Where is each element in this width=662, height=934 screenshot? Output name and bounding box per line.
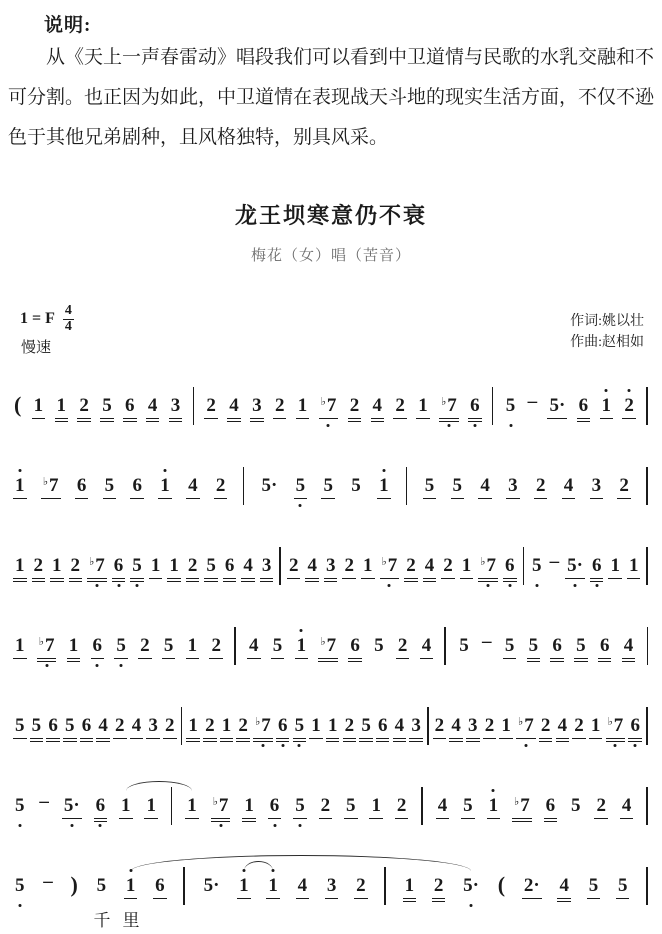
note-number: 4 xyxy=(131,716,143,735)
note: 3 xyxy=(410,716,422,736)
note: 6 xyxy=(591,556,603,576)
note: 2 xyxy=(433,876,445,896)
note-number: 1 xyxy=(628,556,640,575)
note-number: ♭7 xyxy=(513,796,531,815)
note-number: 1 xyxy=(243,796,255,815)
flat-icon: ♭ xyxy=(514,796,520,808)
key-time-signature: 1 = F 4 4 xyxy=(20,304,74,334)
duration-dash: – xyxy=(482,632,492,656)
note: 6 xyxy=(154,876,166,896)
note: 3 xyxy=(325,556,337,576)
note: 5 xyxy=(588,876,600,896)
note: 4 xyxy=(557,716,569,736)
note: 1 xyxy=(145,796,157,816)
note-number: 5 xyxy=(360,716,372,735)
note: 5 xyxy=(373,636,385,656)
octave-dot-below xyxy=(535,584,538,587)
note-number: 5 xyxy=(104,476,116,495)
flat-icon: ♭ xyxy=(480,556,486,568)
note-number: 3 xyxy=(147,716,159,735)
note: 1 xyxy=(310,716,322,736)
note: 3 xyxy=(467,716,479,736)
note: 2 xyxy=(164,716,176,736)
slur-arc xyxy=(131,855,471,871)
note: 1 xyxy=(500,716,512,736)
note: 2 xyxy=(78,396,90,416)
note-number: 3 xyxy=(410,716,422,735)
explanation-paragraph: 从《天上一声春雷动》唱段我们可以看到中卫道情与民歌的水乳交融和不可分割。也正因为… xyxy=(8,38,654,158)
note-number: 5 xyxy=(531,556,543,575)
note-number: 1 xyxy=(609,556,621,575)
note: 5· xyxy=(462,876,480,896)
note-number: ♭7 xyxy=(517,716,535,735)
note-number: 2 xyxy=(164,716,176,735)
note-number: 1 xyxy=(168,556,180,575)
note: 5 xyxy=(424,476,436,496)
note-number: 4 xyxy=(424,556,436,575)
note: 5 xyxy=(528,636,540,656)
octave-dot-below xyxy=(298,744,301,747)
note-number: 6 xyxy=(113,556,125,575)
note-number: ♭7 xyxy=(38,636,56,655)
note-number: 4 xyxy=(421,636,433,655)
note: 1 xyxy=(120,796,132,816)
note: 4 xyxy=(563,476,575,496)
note-number: 1 xyxy=(51,556,63,575)
note-number: 1 xyxy=(267,876,279,895)
note: 1 xyxy=(628,556,640,576)
octave-dot-below xyxy=(388,584,391,587)
note: 2 xyxy=(394,396,406,416)
note: 2 xyxy=(343,556,355,576)
note-number: 1 xyxy=(488,796,500,815)
note: 5 xyxy=(458,636,470,656)
note: 5 xyxy=(101,396,113,416)
barline xyxy=(646,467,648,505)
octave-dot-below xyxy=(136,584,139,587)
note-number: 6 xyxy=(131,476,143,495)
note: 5 xyxy=(272,636,284,656)
note: 6 xyxy=(469,396,481,416)
note: 5 xyxy=(104,476,116,496)
note: 1 xyxy=(243,796,255,816)
octave-dot-below xyxy=(18,824,21,827)
lyric-syllable: 里 xyxy=(123,906,140,931)
note-number: 5 xyxy=(505,396,517,415)
note: ♭7 xyxy=(42,476,60,496)
octave-dot-above xyxy=(164,469,167,472)
note: 5 xyxy=(322,476,334,496)
note-number: 2 xyxy=(618,476,630,495)
note-number: 6 xyxy=(545,796,557,815)
note: 3 xyxy=(147,716,159,736)
note-number: 2· xyxy=(523,876,541,895)
flat-icon: ♭ xyxy=(518,716,524,728)
note-number: 2 xyxy=(535,476,547,495)
tempo-marking: 慢速 xyxy=(21,336,51,357)
note: 6 xyxy=(269,796,281,816)
octave-dot-below xyxy=(261,744,264,747)
note-number: 2 xyxy=(187,556,199,575)
flat-icon: ♭ xyxy=(39,636,45,648)
note-number: 6 xyxy=(277,716,289,735)
note-number: 1 xyxy=(159,476,171,495)
flat-icon: ♭ xyxy=(43,476,49,488)
note-number: 6 xyxy=(81,716,93,735)
note: 1 xyxy=(370,796,382,816)
octave-dot-above xyxy=(492,789,495,792)
note-number: 5· xyxy=(462,876,480,895)
note: 4 xyxy=(450,716,462,736)
note-number: 5 xyxy=(528,636,540,655)
octave-dot-below xyxy=(447,424,450,427)
note-number: 4 xyxy=(187,476,199,495)
note-number: 2 xyxy=(70,556,82,575)
note-number: 6 xyxy=(76,476,88,495)
note: 5 xyxy=(345,796,357,816)
note: 2 xyxy=(33,556,45,576)
flat-icon: ♭ xyxy=(382,556,388,568)
note: 4 xyxy=(372,396,384,416)
note-number: 5 xyxy=(205,556,217,575)
note: 6 xyxy=(349,636,361,656)
note-number: 5 xyxy=(272,636,284,655)
note: 1 xyxy=(187,636,199,656)
note-number: ♭7 xyxy=(440,396,458,415)
note-number: 3 xyxy=(325,556,337,575)
note: 4 xyxy=(306,556,318,576)
note: 5 xyxy=(360,716,372,736)
note-number: 1 xyxy=(461,556,473,575)
note-number: 5 xyxy=(458,636,470,655)
note-number: 2 xyxy=(210,636,222,655)
note-number: 5 xyxy=(64,716,76,735)
note: 1 xyxy=(14,556,26,576)
note: 5 xyxy=(14,876,26,896)
note: 6 xyxy=(629,716,641,736)
note-number: 5 xyxy=(14,796,26,815)
score-line: 1♭76561425·555155432432 xyxy=(14,452,648,496)
note-number: ♭7 xyxy=(607,716,625,735)
note: 5 xyxy=(64,716,76,736)
octave-dot-below xyxy=(117,584,120,587)
note-number: 4 xyxy=(306,556,318,575)
note: 1 xyxy=(186,796,198,816)
note-number: 2 xyxy=(540,716,552,735)
note: ♭7 xyxy=(319,636,337,656)
note: ♭7 xyxy=(517,716,535,736)
note: ♭7 xyxy=(440,396,458,416)
note: 4 xyxy=(621,796,633,816)
note-number: 6 xyxy=(269,796,281,815)
note: 2 xyxy=(215,476,227,496)
note-number: 1 xyxy=(601,396,613,415)
note: 2 xyxy=(442,556,454,576)
note: 1 xyxy=(238,876,250,896)
note: 5· xyxy=(548,396,566,416)
note: 4 xyxy=(242,556,254,576)
note: 2 xyxy=(344,716,356,736)
note-number: 2 xyxy=(397,636,409,655)
note: 5 xyxy=(617,876,629,896)
note-number: ♭7 xyxy=(479,556,497,575)
note: 5 xyxy=(504,636,516,656)
octave-dot-below xyxy=(524,744,527,747)
barline xyxy=(171,787,173,825)
octave-dot-below xyxy=(120,664,123,667)
note-number: 2 xyxy=(33,556,45,575)
note-number: 3 xyxy=(170,396,182,415)
sheet-music-page: 说明: 从《天上一声春雷动》唱段我们可以看到中卫道情与民歌的水乳交融和不可分割。… xyxy=(0,0,662,934)
note: ♭7 xyxy=(88,556,106,576)
octave-dot-above xyxy=(300,629,303,632)
note: 2 xyxy=(187,556,199,576)
note-number: 1 xyxy=(238,876,250,895)
open-paren: ( xyxy=(498,874,505,896)
barline xyxy=(183,867,185,905)
note-number: 4 xyxy=(242,556,254,575)
note: 3 xyxy=(326,876,338,896)
note: 5 xyxy=(131,556,143,576)
note-number: 5 xyxy=(14,716,26,735)
octave-dot-below xyxy=(18,904,21,907)
note: 5 xyxy=(452,476,464,496)
note-number: 2 xyxy=(288,556,300,575)
note-number: 3 xyxy=(261,556,273,575)
barline xyxy=(444,627,446,665)
octave-dot-below xyxy=(595,584,598,587)
note: 2 xyxy=(139,636,151,656)
note: 5 xyxy=(505,396,517,416)
note-number: 1 xyxy=(370,796,382,815)
note-number: 2 xyxy=(320,796,332,815)
octave-dot-below xyxy=(96,664,99,667)
note: 6 xyxy=(47,716,59,736)
note: 3 xyxy=(591,476,603,496)
time-signature-numerator: 4 xyxy=(63,304,74,320)
note-number: 2 xyxy=(623,396,635,415)
note: 2 xyxy=(210,636,222,656)
note-number: 5· xyxy=(203,876,221,895)
note: 2 xyxy=(320,796,332,816)
octave-dot-above xyxy=(18,469,21,472)
note: 4 xyxy=(437,796,449,816)
note: 4 xyxy=(147,396,159,416)
note-number: 2 xyxy=(394,396,406,415)
note-number: 2 xyxy=(215,476,227,495)
octave-dot-below xyxy=(273,824,276,827)
note: 2 xyxy=(397,636,409,656)
note: ♭7 xyxy=(513,796,531,816)
note: 3 xyxy=(170,396,182,416)
note: 5· xyxy=(63,796,81,816)
note-number: 6 xyxy=(377,716,389,735)
note-number: 2 xyxy=(237,716,249,735)
note: 1 xyxy=(51,556,63,576)
note: ♭7 xyxy=(212,796,230,816)
note: 1 xyxy=(378,476,390,496)
octave-dot-below xyxy=(574,584,577,587)
note-number: 2 xyxy=(78,396,90,415)
explanation-heading: 说明: xyxy=(44,10,91,37)
note-number: 4 xyxy=(563,476,575,495)
note: 1 xyxy=(125,876,137,896)
note-number: 3 xyxy=(507,476,519,495)
note-number: 4 xyxy=(557,716,569,735)
note: 2 xyxy=(205,396,217,416)
note: ♭7 xyxy=(254,716,272,736)
note: 6 xyxy=(92,636,104,656)
barline xyxy=(279,547,281,585)
note: 1 xyxy=(267,876,279,896)
note-number: 5 xyxy=(101,396,113,415)
flat-icon: ♭ xyxy=(441,396,447,408)
note: 2 xyxy=(355,876,367,896)
note-number: 1 xyxy=(33,396,45,415)
duration-dash: – xyxy=(550,552,560,576)
score-line: (112564324321♭72421♭765–5·612 xyxy=(14,372,648,416)
note: 6 xyxy=(81,716,93,736)
note: 5 xyxy=(31,716,43,736)
note-number: 5· xyxy=(566,556,584,575)
open-paren: ( xyxy=(14,394,21,416)
note-number: 4 xyxy=(623,636,635,655)
note: 1 xyxy=(488,796,500,816)
barline xyxy=(193,387,195,425)
note: 2 xyxy=(618,476,630,496)
note-number: 4 xyxy=(97,716,109,735)
note-number: 5 xyxy=(424,476,436,495)
note: ♭7 xyxy=(607,716,625,736)
octave-dot-below xyxy=(45,664,48,667)
note-number: 1 xyxy=(68,636,80,655)
note: 1 xyxy=(187,716,199,736)
note-number: 5 xyxy=(504,636,516,655)
note-number: 1 xyxy=(125,876,137,895)
score: (112564324321♭72421♭765–5·6121♭76561425·… xyxy=(14,372,648,932)
song-subtitle: 梅花（女）唱（苦音） xyxy=(0,244,662,265)
note: 5 xyxy=(294,796,306,816)
note: 4 xyxy=(297,876,309,896)
barline xyxy=(646,867,648,905)
note: 4 xyxy=(558,876,570,896)
octave-dot-below xyxy=(470,904,473,907)
note: 2 xyxy=(114,716,126,736)
note-number: 1 xyxy=(310,716,322,735)
note-number: 2 xyxy=(205,396,217,415)
note: ♭7 xyxy=(38,636,56,656)
note-number: 6 xyxy=(591,556,603,575)
note-number: 4 xyxy=(437,796,449,815)
octave-dot-below xyxy=(99,824,102,827)
note: 5 xyxy=(294,716,306,736)
barline xyxy=(646,387,648,425)
note: 4 xyxy=(248,636,260,656)
note: 2 xyxy=(595,796,607,816)
barline xyxy=(421,787,423,825)
note: 6 xyxy=(95,796,107,816)
barline xyxy=(646,787,648,825)
note-number: 2 xyxy=(114,716,126,735)
flat-icon: ♭ xyxy=(320,636,326,648)
note: 6 xyxy=(504,556,516,576)
note-number: 2 xyxy=(204,716,216,735)
note-number: 6 xyxy=(469,396,481,415)
note: 6 xyxy=(545,796,557,816)
note-number: 2 xyxy=(573,716,585,735)
octave-dot-below xyxy=(70,824,73,827)
octave-dot-below xyxy=(634,744,637,747)
note: 4 xyxy=(623,636,635,656)
note: 1 xyxy=(150,556,162,576)
note-number: 6 xyxy=(349,636,361,655)
note-number: 4 xyxy=(558,876,570,895)
octave-dot-below xyxy=(298,824,301,827)
note-number: 5· xyxy=(261,476,279,495)
note-number: ♭7 xyxy=(320,396,338,415)
note-number: 3 xyxy=(467,716,479,735)
note-number: 2 xyxy=(595,796,607,815)
note-number: 6 xyxy=(47,716,59,735)
note-number: 6 xyxy=(124,396,136,415)
note-number: 6 xyxy=(551,636,563,655)
note-number: 1 xyxy=(404,876,416,895)
note-number: 5 xyxy=(295,476,307,495)
note: 2 xyxy=(288,556,300,576)
note-number: 2 xyxy=(434,716,446,735)
note: 5 xyxy=(462,796,474,816)
note: 2 xyxy=(535,476,547,496)
barline xyxy=(181,707,183,745)
note-number: 5 xyxy=(617,876,629,895)
note: 5 xyxy=(575,636,587,656)
duration-dash: – xyxy=(39,792,49,816)
note-number: 1 xyxy=(378,476,390,495)
note: 5 xyxy=(14,796,26,816)
note: 5 xyxy=(570,796,582,816)
note-number: ♭7 xyxy=(381,556,399,575)
note-number: 3 xyxy=(591,476,603,495)
note-number: 5 xyxy=(350,476,362,495)
note: 6 xyxy=(76,476,88,496)
score-line: 1♭71652512451♭765245–556564 xyxy=(14,612,648,656)
note: 1 xyxy=(327,716,339,736)
note: 1 xyxy=(14,636,26,656)
note-number: 4 xyxy=(479,476,491,495)
barline xyxy=(234,627,236,665)
note: 2 xyxy=(204,716,216,736)
note-number: 1 xyxy=(14,636,26,655)
note-number: 5 xyxy=(163,636,175,655)
note: 1 xyxy=(461,556,473,576)
note-number: 5· xyxy=(548,396,566,415)
score-line: 5–5·6111♭71652512451♭76524 xyxy=(14,772,648,816)
lyricist-credit: 作词:姚以壮 xyxy=(570,311,644,332)
note: 5 xyxy=(295,476,307,496)
note-number: 5 xyxy=(294,716,306,735)
note-number: 2 xyxy=(274,396,286,415)
note: 4 xyxy=(131,716,143,736)
note: 1 xyxy=(221,716,233,736)
octave-dot-below xyxy=(509,424,512,427)
flat-icon: ♭ xyxy=(89,556,95,568)
note: 6 xyxy=(124,396,136,416)
note-number: 1 xyxy=(186,796,198,815)
barline xyxy=(647,627,649,665)
flat-icon: ♭ xyxy=(608,716,614,728)
octave-dot-above xyxy=(605,389,608,392)
note: 6 xyxy=(551,636,563,656)
